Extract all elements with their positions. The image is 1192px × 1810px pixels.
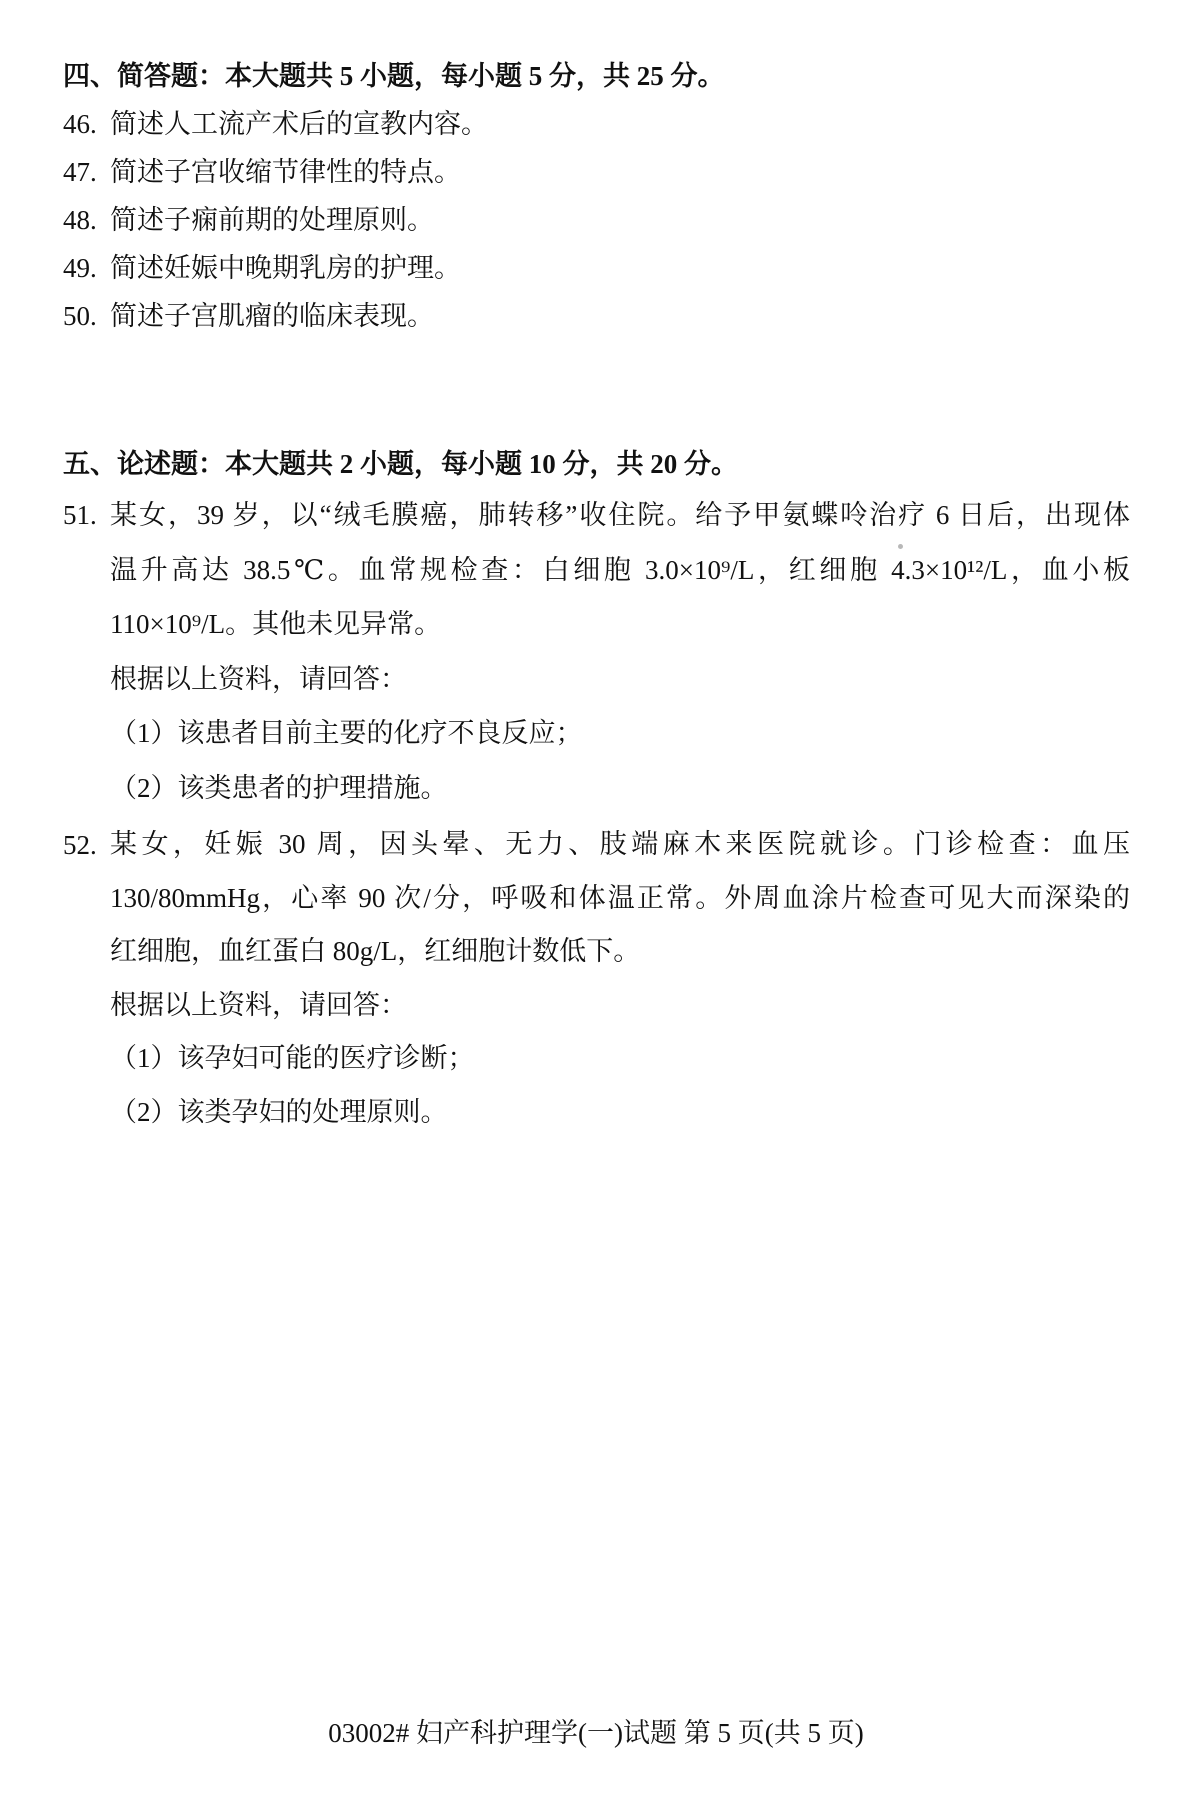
question-49: 49. 简述妊娠中晚期乳房的护理。 [63, 244, 1130, 292]
question-subitem-1: （1）该患者目前主要的化疗不良反应； [110, 706, 1130, 761]
question-line: 红细胞，血红蛋白 80g/L，红细胞计数低下。 [110, 925, 1130, 979]
question-line: 130/80mmHg，心率 90 次/分，呼吸和体温正常。外周血涂片检查可见大而… [110, 872, 1130, 926]
question-52: 52. 某女，妊娠 30 周，因头晕、无力、肢端麻木来医院就诊。门诊检查：血压 … [63, 818, 1130, 1139]
question-body: 某女，妊娠 30 周，因头晕、无力、肢端麻木来医院就诊。门诊检查：血压 130/… [110, 818, 1130, 1139]
question-47: 47. 简述子宫收缩节律性的特点。 [63, 148, 1130, 196]
question-subitem-2: （2）该类孕妇的处理原则。 [110, 1086, 1130, 1140]
section-essay: 五、论述题：本大题共 2 小题，每小题 10 分，共 20 分。 51. 某女，… [63, 440, 1130, 1139]
section-short-answer: 四、简答题：本大题共 5 小题，每小题 5 分，共 25 分。 46. 简述人工… [63, 52, 1130, 340]
question-text: 简述妊娠中晚期乳房的护理。 [110, 244, 461, 292]
question-text: 简述人工流产术后的宣教内容。 [110, 100, 488, 148]
question-number: 51. [63, 488, 110, 815]
question-subitem-1: （1）该孕妇可能的医疗诊断； [110, 1032, 1130, 1086]
page-footer: 03002# 妇产科护理学(一)试题 第 5 页(共 5 页) [0, 1716, 1192, 1750]
section-heading: 五、论述题：本大题共 2 小题，每小题 10 分，共 20 分。 [63, 440, 1130, 488]
question-number: 52. [63, 818, 110, 1139]
question-number: 46. [63, 100, 110, 148]
question-50: 50. 简述子宫肌瘤的临床表现。 [63, 292, 1130, 340]
question-text: 简述子痫前期的处理原则。 [110, 196, 434, 244]
question-line: 根据以上资料，请回答： [110, 652, 1130, 707]
question-line: 某女，39 岁，以“绒毛膜癌，肺转移”收住院。给予甲氨蝶呤治疗 6 日后，出现体 [110, 488, 1130, 543]
question-48: 48. 简述子痫前期的处理原则。 [63, 196, 1130, 244]
question-number: 50. [63, 292, 110, 340]
question-text: 简述子宫收缩节律性的特点。 [110, 148, 461, 196]
section-heading: 四、简答题：本大题共 5 小题，每小题 5 分，共 25 分。 [63, 52, 1130, 100]
question-number: 49. [63, 244, 110, 292]
question-line: 根据以上资料，请回答： [110, 979, 1130, 1033]
question-body: 某女，39 岁，以“绒毛膜癌，肺转移”收住院。给予甲氨蝶呤治疗 6 日后，出现体… [110, 488, 1130, 815]
question-line: 温升高达 38.5℃。血常规检查：白细胞 3.0×10⁹/L，红细胞 4.3×1… [110, 543, 1130, 598]
question-51: 51. 某女，39 岁，以“绒毛膜癌，肺转移”收住院。给予甲氨蝶呤治疗 6 日后… [63, 488, 1130, 815]
question-46: 46. 简述人工流产术后的宣教内容。 [63, 100, 1130, 148]
exam-page: 四、简答题：本大题共 5 小题，每小题 5 分，共 25 分。 46. 简述人工… [0, 0, 1192, 1810]
question-number: 47. [63, 148, 110, 196]
question-subitem-2: （2）该类患者的护理措施。 [110, 761, 1130, 816]
question-line: 某女，妊娠 30 周，因头晕、无力、肢端麻木来医院就诊。门诊检查：血压 [110, 818, 1130, 872]
question-text: 简述子宫肌瘤的临床表现。 [110, 292, 434, 340]
question-line: 110×10⁹/L。其他未见异常。 [110, 597, 1130, 652]
scan-artifact-dot [898, 544, 903, 549]
question-number: 48. [63, 196, 110, 244]
